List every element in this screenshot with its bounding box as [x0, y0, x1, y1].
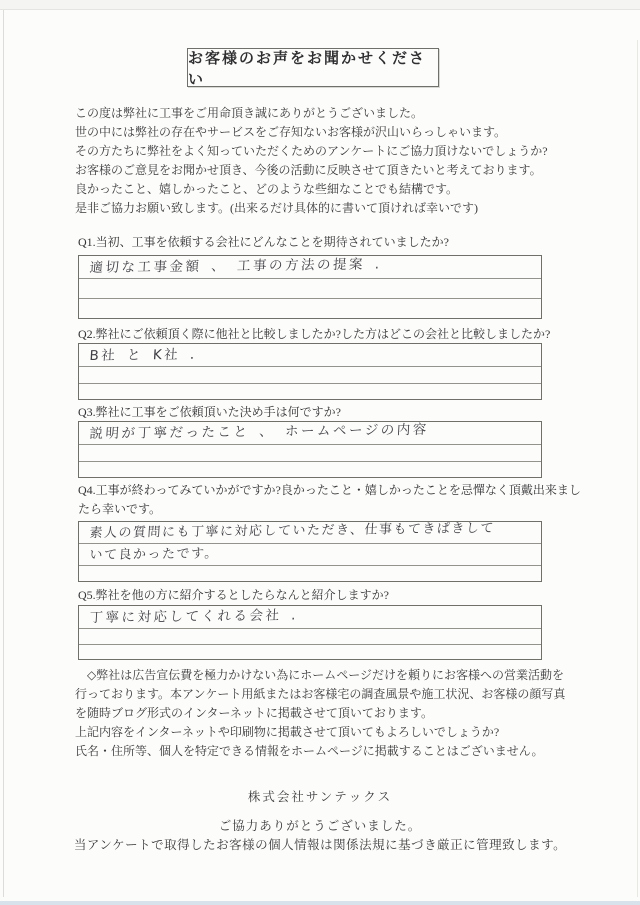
scanned-survey-page: お客様のお声をお聞かせください この度は弊社に工事をご用命頂き誠にありがとうござ…: [0, 0, 640, 905]
question-q1: Q1.当初、工事を依頼する会社にどんなことを期待されていましたか?適切な工事金額…: [78, 233, 598, 252]
title-box: お客様のお声をお聞かせください: [187, 48, 439, 87]
answer-box: 適切な工事金額 、 工事の方法の提案 .: [78, 255, 542, 319]
answer-row: いて良かったです。: [79, 543, 541, 565]
company-name: 株式会社サンテックス: [0, 787, 640, 805]
question-q5: Q5.弊社を他の方に紹介するとしたらなんと紹介しますか?丁寧に対応してくれる会社…: [78, 586, 598, 605]
page-title: お客様のお声をお聞かせください: [188, 47, 438, 89]
answer-row: [79, 366, 541, 383]
answer-row: [79, 383, 541, 400]
handwritten-answer: いて良かったです。: [89, 542, 220, 563]
intro-line: 良かったこと、嬉しかったこと、どのような些細なことでも結構です。: [75, 180, 595, 199]
scan-right-edge: [637, 40, 638, 897]
scan-top-edge: [0, 0, 640, 10]
answer-box: B社 と K社 .: [78, 343, 542, 400]
answer-row: 丁寧に対応してくれる会社 .: [79, 606, 541, 628]
intro-paragraph: この度は弊社に工事をご用命頂き誠にありがとうございました。世の中には弊社の存在や…: [75, 104, 595, 218]
handwritten-answer: 丁寧に対応してくれる会社 .: [89, 603, 299, 626]
answer-box: 丁寧に対応してくれる会社 .: [78, 605, 542, 660]
privacy-line: 当アンケートで取得したお客様の個人情報は関係法規に基づき厳正に管理致します。: [0, 835, 640, 853]
scan-left-edge: [3, 10, 4, 897]
intro-line: 是非ご協力お願い致します。(出来るだけ具体的に書いて頂ければ幸いです): [75, 199, 595, 218]
answer-row: B社 と K社 .: [79, 344, 541, 366]
handwritten-answer: 説明が丁寧だったこと 、 ホームページの内容: [89, 418, 429, 442]
answer-row: 説明が丁寧だったこと 、 ホームページの内容: [79, 422, 541, 444]
question-q2: Q2.弊社にご依頼頂く際に他社と比較しましたか?した方はどこの会社と比較しました…: [78, 325, 598, 344]
question-label: Q2.弊社にご依頼頂く際に他社と比較しましたか?した方はどこの会社と比較しました…: [78, 325, 590, 344]
answer-row: [79, 644, 541, 660]
answer-row: [79, 565, 541, 581]
answer-row: 適切な工事金額 、 工事の方法の提案 .: [79, 256, 541, 278]
handwritten-answer: 適切な工事金額 、 工事の方法の提案 .: [89, 252, 382, 276]
answer-row: [79, 444, 541, 461]
notice-line: 氏名・住所等、個人を特定できる情報をホームページに掲載することはございません。: [75, 742, 595, 761]
question-label: Q4.工事が終わってみていかがですか?良かったこと・嬉しかったことを忌憚なく頂戴…: [78, 481, 590, 519]
handwritten-answer: 素人の質問にも丁寧に対応していただき、仕事もてきぱきして: [89, 517, 496, 541]
answer-row: [79, 461, 541, 478]
answer-row: [79, 628, 541, 644]
notice-line: 上記内容をインターネットや印刷物に掲載させて頂いてもよろしいでしょうか?: [75, 723, 595, 742]
question-q4: Q4.工事が終わってみていかがですか?良かったこと・嬉しかったことを忌憚なく頂戴…: [78, 481, 598, 519]
notice-line: 行っております。本アンケート用紙またはお客様宅の調査風景や施工状況、お客様の顔写…: [75, 685, 595, 704]
handwritten-answer: B社 と K社 .: [89, 343, 197, 364]
answer-box: 素人の質問にも丁寧に対応していただき、仕事もてきぱきしていて良かったです。: [78, 521, 542, 582]
notice-line: を随時ブログ形式のインターネットに掲載させて頂いております。: [75, 704, 595, 723]
intro-line: その方たちに弊社をよく知っていただくためのアンケートにご協力頂けないでしょうか?: [75, 142, 595, 161]
thanks-line: ご協力ありがとうございました。: [0, 816, 640, 834]
question-label: Q1.当初、工事を依頼する会社にどんなことを期待されていましたか?: [78, 233, 590, 252]
intro-line: この度は弊社に工事をご用命頂き誠にありがとうございました。: [75, 104, 595, 123]
intro-line: 世の中には弊社の存在やサービスをご存知ないお客様が沢山いらっしゃいます。: [75, 123, 595, 142]
question-q3: Q3.弊社に工事をご依頼頂いた決め手は何ですか?説明が丁寧だったこと 、 ホーム…: [78, 403, 598, 422]
answer-row: [79, 278, 541, 298]
question-label: Q5.弊社を他の方に紹介するとしたらなんと紹介しますか?: [78, 586, 590, 605]
answer-row: 素人の質問にも丁寧に対応していただき、仕事もてきぱきして: [79, 522, 541, 543]
scan-bottom-strip: [0, 901, 640, 905]
footer-notice: ◇弊社は広告宣伝費を極力かけない為にホームページだけを頼りにお客様への営業活動を…: [75, 666, 595, 761]
intro-line: お客様のご意見をお聞かせ頂き、今後の活動に反映させて頂きたいと考えております。: [75, 161, 595, 180]
answer-box: 説明が丁寧だったこと 、 ホームページの内容: [78, 421, 542, 478]
notice-line: ◇弊社は広告宣伝費を極力かけない為にホームページだけを頼りにお客様への営業活動を: [75, 666, 595, 685]
answer-row: [79, 298, 541, 318]
